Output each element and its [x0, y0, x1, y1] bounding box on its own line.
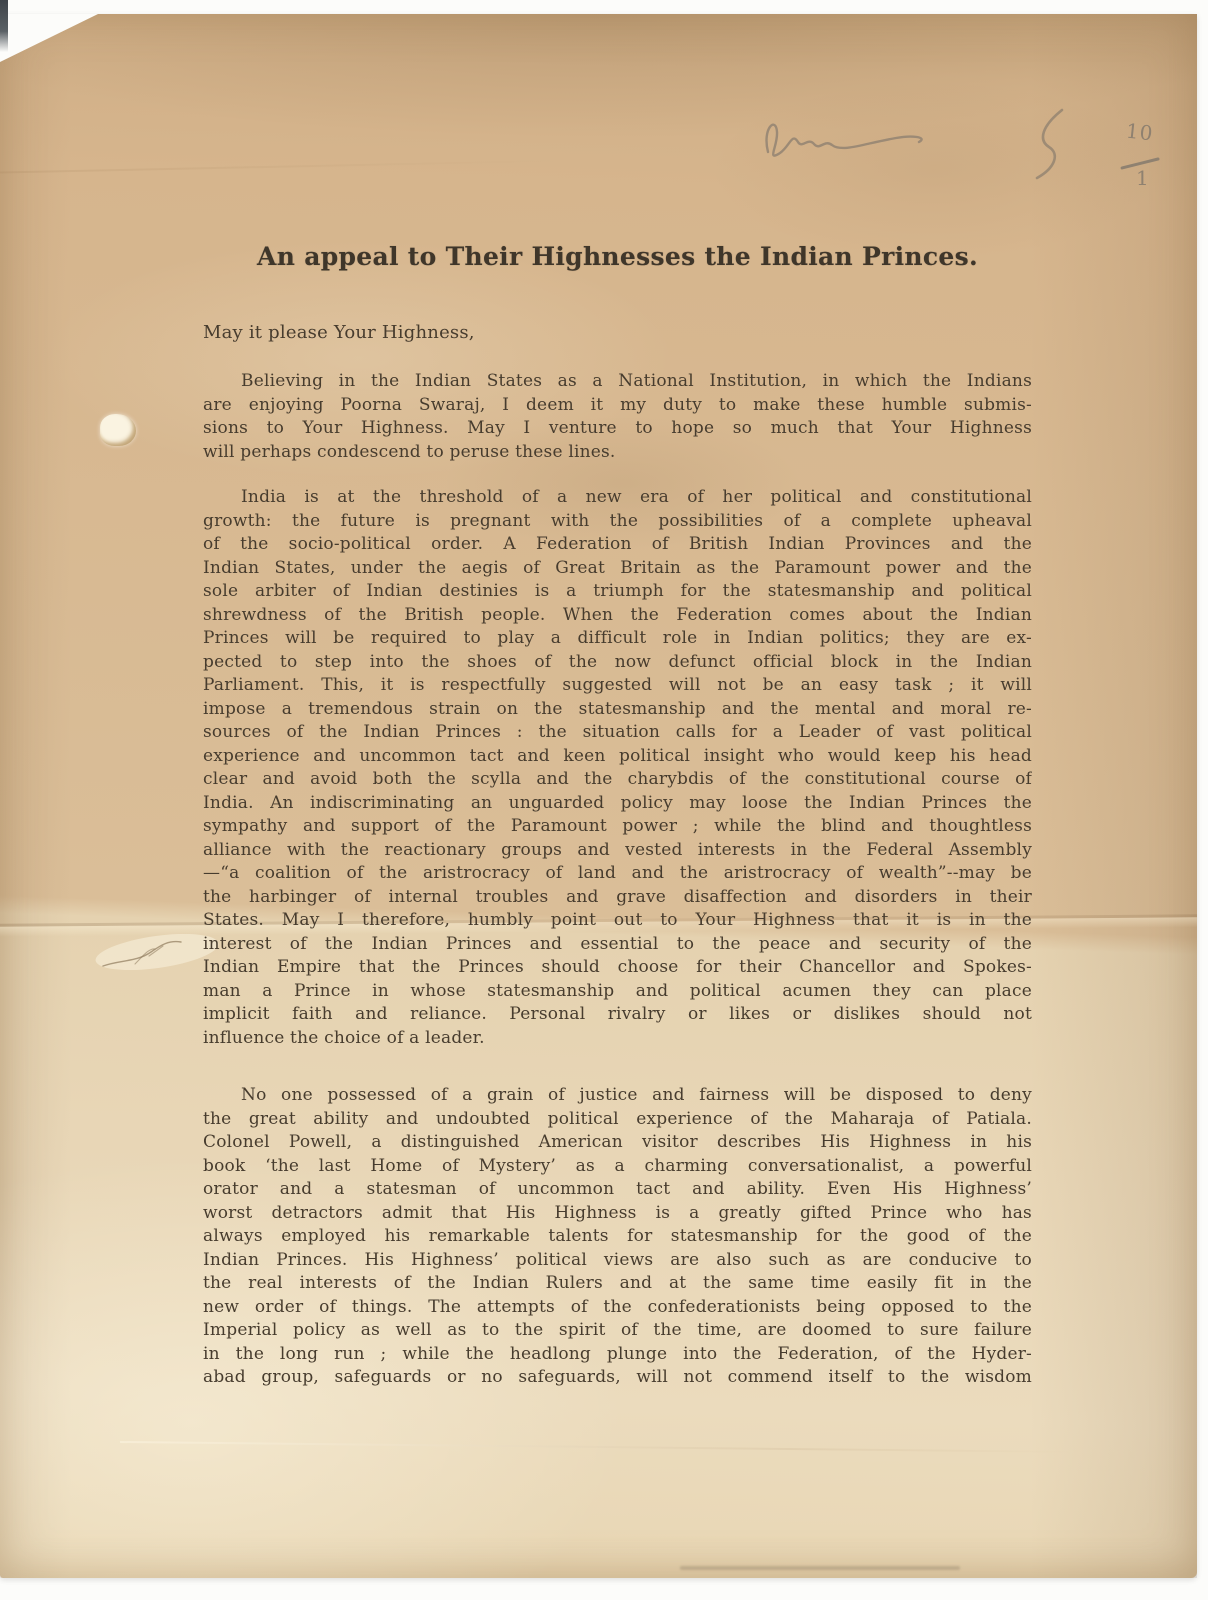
text-line: Indian Empire that the Princes should ch… — [203, 956, 1032, 980]
text-line: Imperial policy as well as to the spirit… — [203, 1319, 1032, 1343]
paper-corner-chip — [0, 14, 98, 62]
text-line: pected to step into the shoes of the now… — [203, 651, 1032, 675]
text-line: growth: the future is pregnant with the … — [203, 510, 1032, 534]
text-line: impose a tremendous strain on the states… — [203, 698, 1032, 722]
text-line: Princes will be required to play a diffi… — [203, 627, 1032, 651]
text-line: new order of things. The attempts of the… — [203, 1296, 1032, 1320]
text-line: will perhaps condescend to peruse these … — [203, 441, 1032, 465]
text-line: sources of the Indian Princes : the situ… — [203, 721, 1032, 745]
paragraph-1: Believing in the Indian States as a Nati… — [203, 370, 1032, 464]
text-line: of the socio-political order. A Federati… — [203, 533, 1032, 557]
text-line: sions to Your Highness. May I venture to… — [203, 417, 1032, 441]
salutation: May it please Your Highness, — [203, 322, 475, 343]
text-line: worst detractors admit that His Highness… — [203, 1202, 1032, 1226]
pencil-scribble — [748, 106, 938, 170]
text-line: States. May I therefore, humbly point ou… — [203, 909, 1032, 933]
text-line: book ‘the last Home of Mystery’ as a cha… — [203, 1155, 1032, 1179]
text-line: the great ability and undoubted politica… — [203, 1108, 1032, 1132]
text-line: sympathy and support of the Paramount po… — [203, 815, 1032, 839]
text-line: clear and avoid both the scylla and the … — [203, 768, 1032, 792]
text-line: India is at the threshold of a new era o… — [203, 486, 1032, 510]
text-line: Colonel Powell, a distinguished American… — [203, 1131, 1032, 1155]
punch-hole — [100, 414, 136, 446]
paragraph-2: India is at the threshold of a new era o… — [203, 486, 1032, 1050]
text-line: influence the choice of a leader. — [203, 1027, 1032, 1051]
fraction-numerator: 10 — [1125, 119, 1155, 146]
text-line: Parliament. This, it is respectfully sug… — [203, 674, 1032, 698]
fold-crease-bottom — [120, 1441, 1078, 1453]
text-line: shrewdness of the British people. When t… — [203, 604, 1032, 628]
scan-background: 10 1 An appeal to Their Highnesses the I… — [0, 0, 1208, 1600]
text-line: sole arbiter of Indian destinies is a tr… — [203, 580, 1032, 604]
text-line: No one possessed of a grain of justice a… — [203, 1084, 1032, 1108]
text-line: orator and a statesman of uncommon tact … — [203, 1178, 1032, 1202]
text-line: are enjoying Poorna Swaraj, I deem it my… — [203, 394, 1032, 418]
text-line: abad group, safeguards or no safeguards,… — [203, 1366, 1032, 1390]
text-line: experience and uncommon tact and keen po… — [203, 745, 1032, 769]
text-line: —“a coalition of the aristrocracy of lan… — [203, 862, 1032, 886]
text-line: always employed his remarkable talents f… — [203, 1225, 1032, 1249]
fraction-denominator: 1 — [1136, 166, 1149, 190]
paper-edge-shadow — [680, 1566, 960, 1570]
pencil-fraction-mark: 10 1 — [1118, 120, 1170, 192]
text-line: alliance with the reactionary groups and… — [203, 839, 1032, 863]
text-line: man a Prince in whose statesmanship and … — [203, 980, 1032, 1004]
text-line: interest of the Indian Princes and essen… — [203, 933, 1032, 957]
pencil-letter-mark — [1024, 104, 1076, 188]
text-line: Believing in the Indian States as a Nati… — [203, 370, 1032, 394]
paragraph-3: No one possessed of a grain of justice a… — [203, 1084, 1032, 1390]
text-line: implicit faith and reliance. Personal ri… — [203, 1003, 1032, 1027]
text-line: the real interests of the Indian Rulers … — [203, 1272, 1032, 1296]
text-line: Indian States, under the aegis of Great … — [203, 557, 1032, 581]
text-line: Indian Princes. His Highness’ political … — [203, 1249, 1032, 1273]
text-line: India. An indiscriminating an unguarded … — [203, 792, 1032, 816]
fold-crease-top — [0, 156, 718, 173]
scan-edge-artifact — [0, 0, 8, 52]
text-line: the harbinger of internal troubles and g… — [203, 886, 1032, 910]
document-page: 10 1 An appeal to Their Highnesses the I… — [0, 14, 1197, 1578]
page-title: An appeal to Their Highnesses the Indian… — [203, 242, 1032, 272]
text-line: in the long run ; while the headlong plu… — [203, 1343, 1032, 1367]
